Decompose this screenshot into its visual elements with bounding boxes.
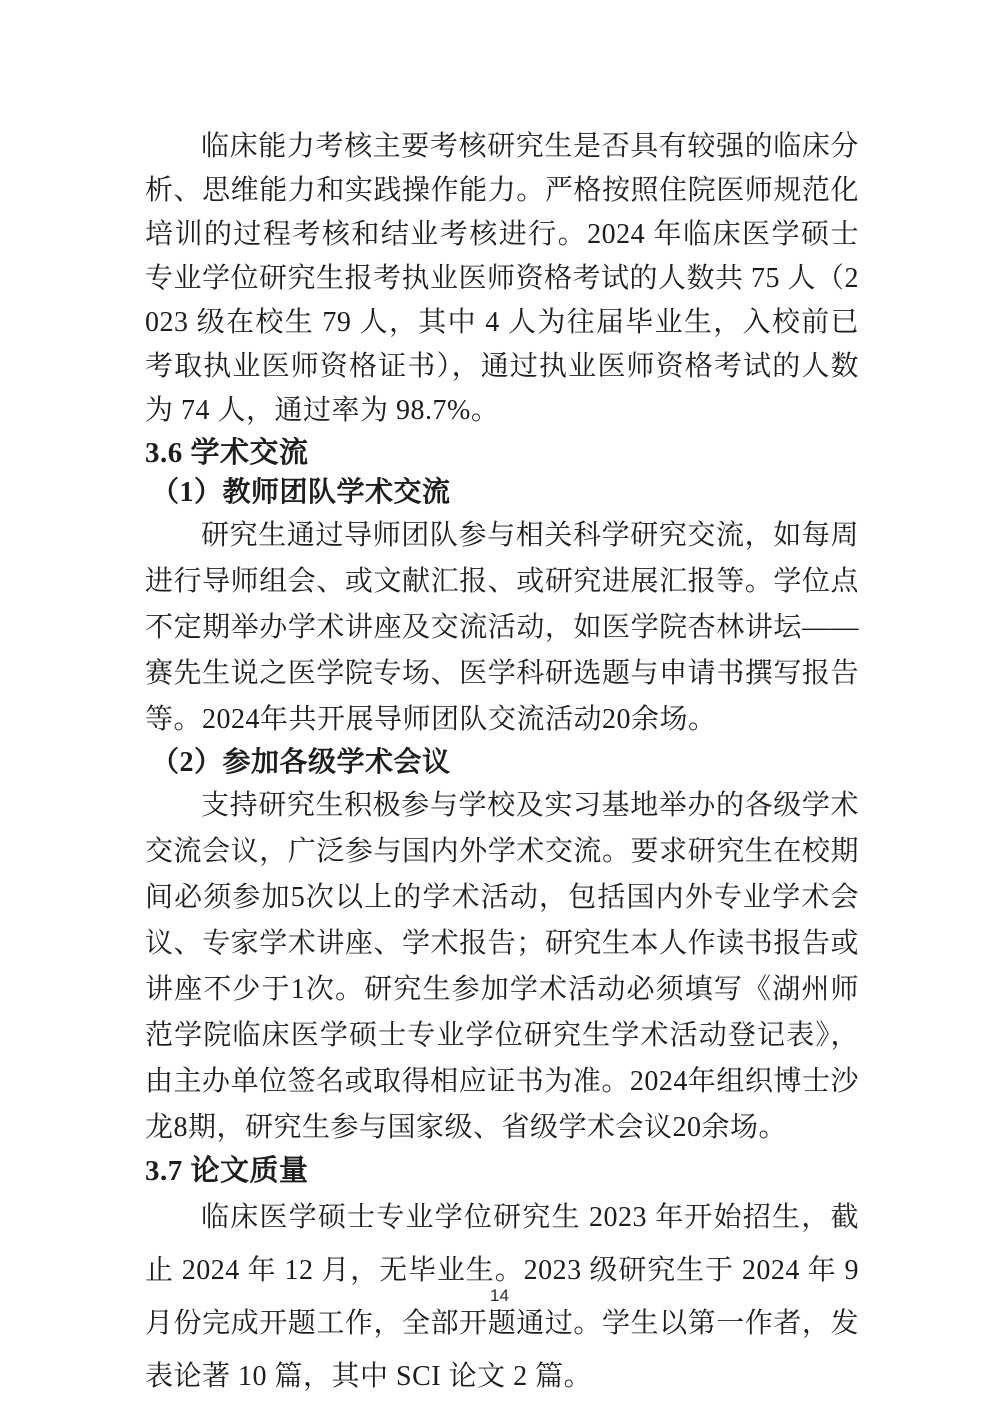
document-content: 临床能力考核主要考核研究生是否具有较强的临床分析、思维能力和实践操作能力。严格按… bbox=[145, 125, 859, 1403]
paragraph-teacher-team: 研究生通过导师团队参与相关科学研究交流，如每周进行导师组会、或文献汇报、或研究进… bbox=[145, 513, 859, 743]
paragraph-clinical-exam: 临床能力考核主要考核研究生是否具有较强的临床分析、思维能力和实践操作能力。严格按… bbox=[145, 125, 859, 433]
document-page: 临床能力考核主要考核研究生是否具有较强的临床分析、思维能力和实践操作能力。严格按… bbox=[0, 0, 999, 1414]
paragraph-conferences: 支持研究生积极参与学校及实习基地举办的各级学术交流会议，广泛参与国内外学术交流。… bbox=[145, 783, 859, 1151]
section-heading-3-6: 3.6 学术交流 bbox=[145, 433, 859, 473]
page-number: 14 bbox=[0, 1286, 999, 1306]
section-heading-3-7: 3.7 论文质量 bbox=[145, 1151, 859, 1191]
subheading-teacher-team: （1）教师团队学术交流 bbox=[145, 473, 859, 513]
subheading-conferences: （2）参加各级学术会议 bbox=[145, 743, 859, 783]
